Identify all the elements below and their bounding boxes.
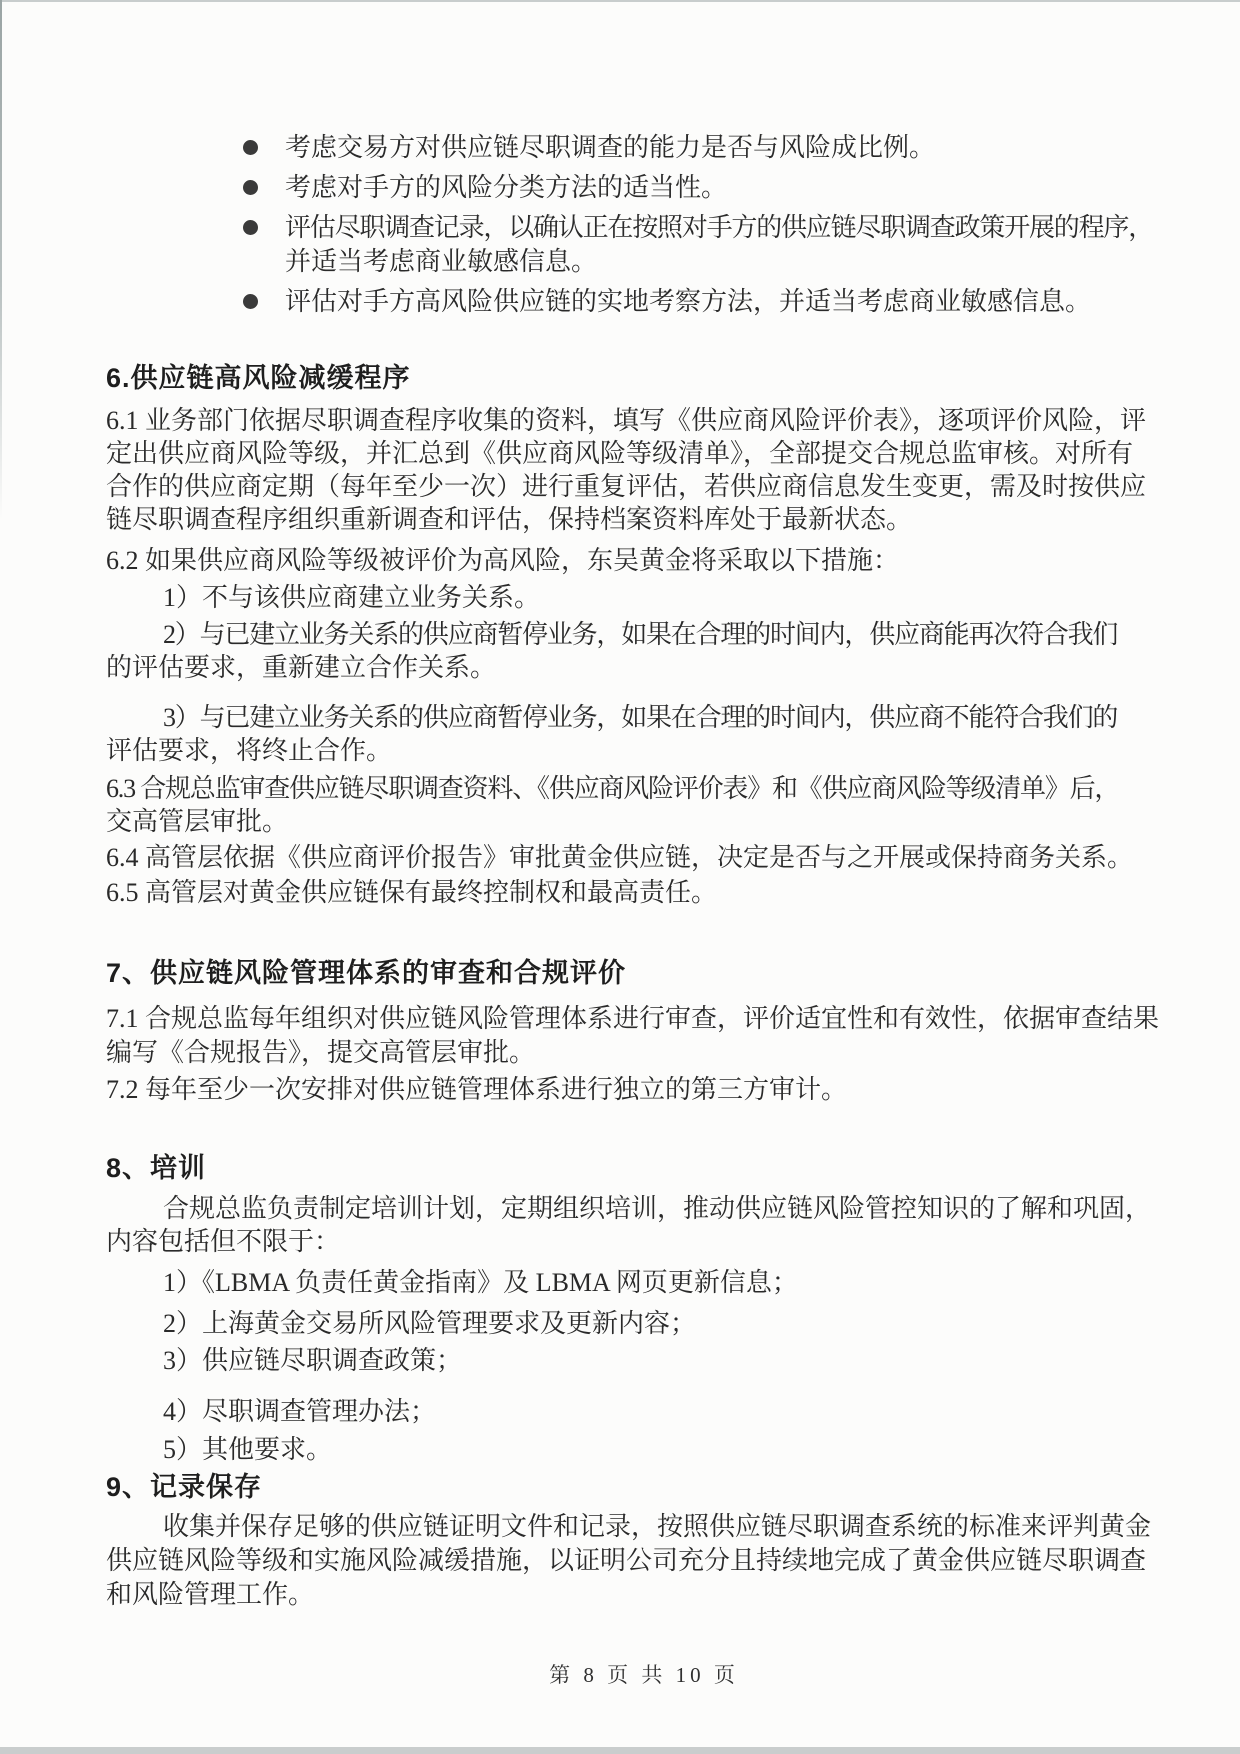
para-6-1-line-2: 定出供应商风险等级，并汇总到《供应商风险等级清单》，全部提交合规总监审核。对所有 (106, 437, 1133, 471)
document-page: 考虑交易方对供应链尽职调查的能力是否与风险成比例。 考虑对手方的风险分类方法的适… (0, 0, 1240, 1754)
para-6-1-line-3: 合作的供应商定期（每年至少一次）进行重复评估，若供应商信息发生变更，需及时按供应 (106, 470, 1146, 504)
bullet-item-4: 评估对手方高风险供应链的实地考察方法，并适当考虑商业敏感信息。 (285, 285, 1091, 319)
para-6-1-line-1: 6.1 业务部门依据尽职调查程序收集的资料，填写《供应商风险评价表》，逐项评价风… (106, 404, 1146, 438)
para-6-1-line-4: 链尽职调查程序组织重新调查和评估，保持档案资料库处于最新状态。 (106, 503, 912, 537)
section-6-heading: 6.供应链高风险减缓程序 (106, 361, 411, 395)
list-item-6-2-2-line-1: 2）与已建立业务关系的供应商暂停业务，如果在合理的时间内，供应商能再次符合我们 (163, 618, 1117, 652)
scan-left-edge-line (0, 0, 2, 520)
scan-bottom-edge-band (0, 1747, 1240, 1754)
list-item-6-2-3-line-1: 3）与已建立业务关系的供应商暂停业务，如果在合理的时间内，供应商不能符合我们的 (163, 701, 1117, 735)
bullet-item-1: 考虑交易方对供应链尽职调查的能力是否与风险成比例。 (285, 131, 935, 165)
bullet-icon (243, 180, 258, 195)
list-item-8-1: 1）《LBMA 负责任黄金指南》及 LBMA 网页更新信息； (163, 1266, 798, 1300)
para-9-line-2: 供应链风险等级和实施风险减缓措施，以证明公司充分且持续地完成了黄金供应链尽职调查 (106, 1544, 1146, 1578)
section-7-heading: 7、供应链风险管理体系的审查和合规评价 (106, 956, 626, 990)
para-9-line-3: 和风险管理工作。 (106, 1578, 314, 1612)
para-8-intro-line-2: 内容包括但不限于： (106, 1225, 340, 1259)
section-8-heading: 8、培训 (106, 1151, 206, 1185)
list-item-8-5: 5）其他要求。 (163, 1433, 332, 1467)
bullet-icon (243, 294, 258, 309)
para-6-4: 6.4 高管层依据《供应商评价报告》审批黄金供应链，决定是否与之开展或保持商务关… (106, 841, 1133, 875)
bullet-icon (243, 140, 258, 155)
list-item-8-3: 3）供应链尽职调查政策； (163, 1344, 462, 1378)
para-6-2: 6.2 如果供应商风险等级被评价为高风险，东吴黄金将采取以下措施： (106, 544, 899, 578)
para-7-1-line-1: 7.1 合规总监每年组织对供应链风险管理体系进行审查，评价适宜性和有效性，依据审… (106, 1002, 1159, 1036)
list-item-6-2-3-line-2: 评估要求，将终止合作。 (106, 734, 392, 768)
page-number-footer: 第 8 页 共 10 页 (44, 1659, 1240, 1689)
section-9-heading: 9、记录保存 (106, 1470, 262, 1504)
para-7-1-line-2: 编写《合规报告》，提交高管层审批。 (106, 1036, 535, 1070)
para-6-3-line-2: 交高管层审批。 (106, 805, 288, 839)
para-8-intro-line-1: 合规总监负责制定培训计划，定期组织培训，推动供应链风险管控知识的了解和巩固， (163, 1192, 1151, 1226)
list-item-8-2: 2）上海黄金交易所风险管理要求及更新内容； (163, 1307, 696, 1341)
para-7-2: 7.2 每年至少一次安排对供应链管理体系进行独立的第三方审计。 (106, 1073, 847, 1107)
para-6-5: 6.5 高管层对黄金供应链保有最终控制权和最高责任。 (106, 876, 717, 910)
para-6-3-line-1: 6.3 合规总监审查供应链尽职调查资料、《供应商风险评价表》和《供应商风险等级清… (106, 772, 1119, 806)
list-item-6-2-2-line-2: 的评估要求，重新建立合作关系。 (106, 651, 496, 685)
bullet-icon (243, 220, 258, 235)
list-item-6-2-1: 1）不与该供应商建立业务关系。 (163, 581, 540, 615)
bullet-item-2: 考虑对手方的风险分类方法的适当性。 (285, 171, 727, 205)
bullet-item-3-line-2: 并适当考虑商业敏感信息。 (285, 245, 597, 279)
bullet-item-3-line-1: 评估尽职调查记录，以确认正在按照对手方的供应链尽职调查政策开展的程序， (285, 211, 1153, 245)
para-9-line-1: 收集并保存足够的供应链证明文件和记录，按照供应链尽职调查系统的标准来评判黄金 (163, 1510, 1151, 1544)
list-item-8-4: 4）尽职调查管理办法； (163, 1395, 436, 1429)
scan-top-edge-line (0, 0, 1240, 2)
